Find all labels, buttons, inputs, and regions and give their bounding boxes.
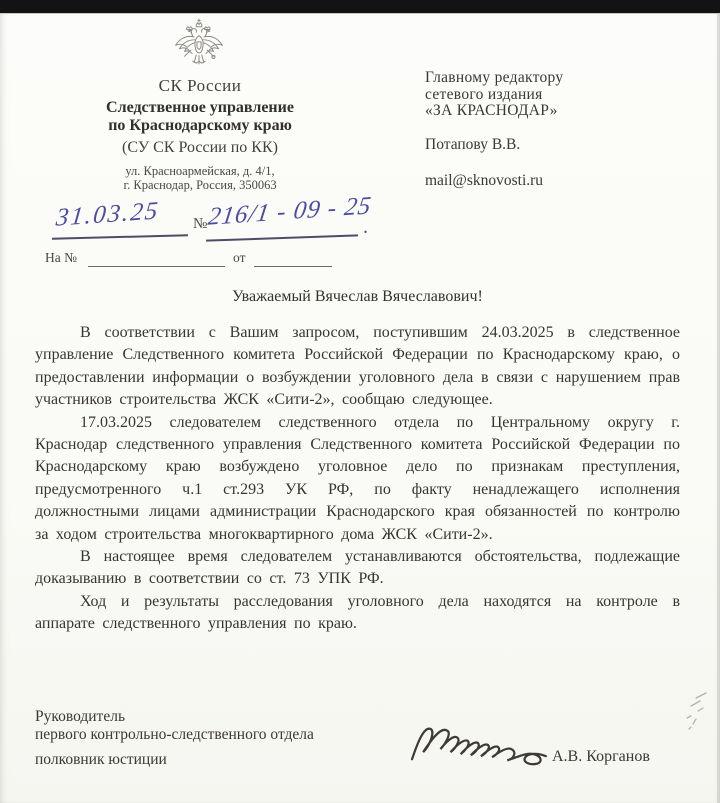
reply-number-blank-line <box>88 266 225 267</box>
signer-title-block: Руководитель первого контрольно-следстве… <box>35 708 455 769</box>
faint-pencil-mark-icon <box>676 690 714 734</box>
salutation: Уважаемый Вячеслав Вячеславович! <box>35 288 680 306</box>
top-black-bar <box>0 0 720 14</box>
handwritten-period: . <box>363 216 368 239</box>
org-abbreviation: (СУ СК России по КК) <box>30 138 370 158</box>
reply-to-number-label: На № <box>45 250 77 266</box>
org-name-line1: Следственное управление <box>30 99 370 117</box>
addressee-person-name: Потапову В.В. <box>425 137 700 154</box>
org-address-line2: г. Краснодар, Россия, 350063 <box>30 178 370 192</box>
signer-position-line2: первого контрольно-следственного отдела <box>35 726 455 744</box>
letterhead: СК России Следственное управление по Кра… <box>30 76 370 192</box>
addressee-title-line2: сетевого издания <box>425 87 700 104</box>
letter-body: Уважаемый Вячеслав Вячеславович! В соотв… <box>35 288 680 636</box>
signer-position-line1: Руководитель <box>35 708 455 726</box>
sk-russia-emblem-icon <box>168 16 230 76</box>
org-short-name: СК России <box>30 76 370 96</box>
paragraph-2: 17.03.2025 следователем следственного от… <box>35 412 680 546</box>
handwritten-signature-icon <box>408 718 560 770</box>
paragraph-3: В настоящее время следователем устанавли… <box>35 546 680 591</box>
reply-from-date-label: от <box>233 250 245 266</box>
number-sign-label: № <box>193 216 207 233</box>
org-name-line2: по Краснодарскому краю <box>30 117 370 135</box>
scanned-letter-screenshot: СК России Следственное управление по Кра… <box>0 0 720 803</box>
signer-rank: полковник юстиции <box>35 751 455 769</box>
addressee-email: mail@sknovosti.ru <box>425 173 700 190</box>
addressee-block: Главному редактору сетевого издания «ЗА … <box>425 70 700 190</box>
paragraph-1: В соответствии с Вашим запросом, поступи… <box>35 322 680 412</box>
addressee-outlet-name: «ЗА КРАСНОДАР» <box>425 103 700 120</box>
org-address-line1: ул. Красноармейская, д. 4/1, <box>30 164 370 178</box>
addressee-title-line1: Главному редактору <box>425 70 700 87</box>
reply-date-blank-line <box>254 266 332 267</box>
signer-name: А.В. Корганов <box>552 748 650 766</box>
paragraph-4: Ход и результаты расследования уголовног… <box>35 591 680 636</box>
